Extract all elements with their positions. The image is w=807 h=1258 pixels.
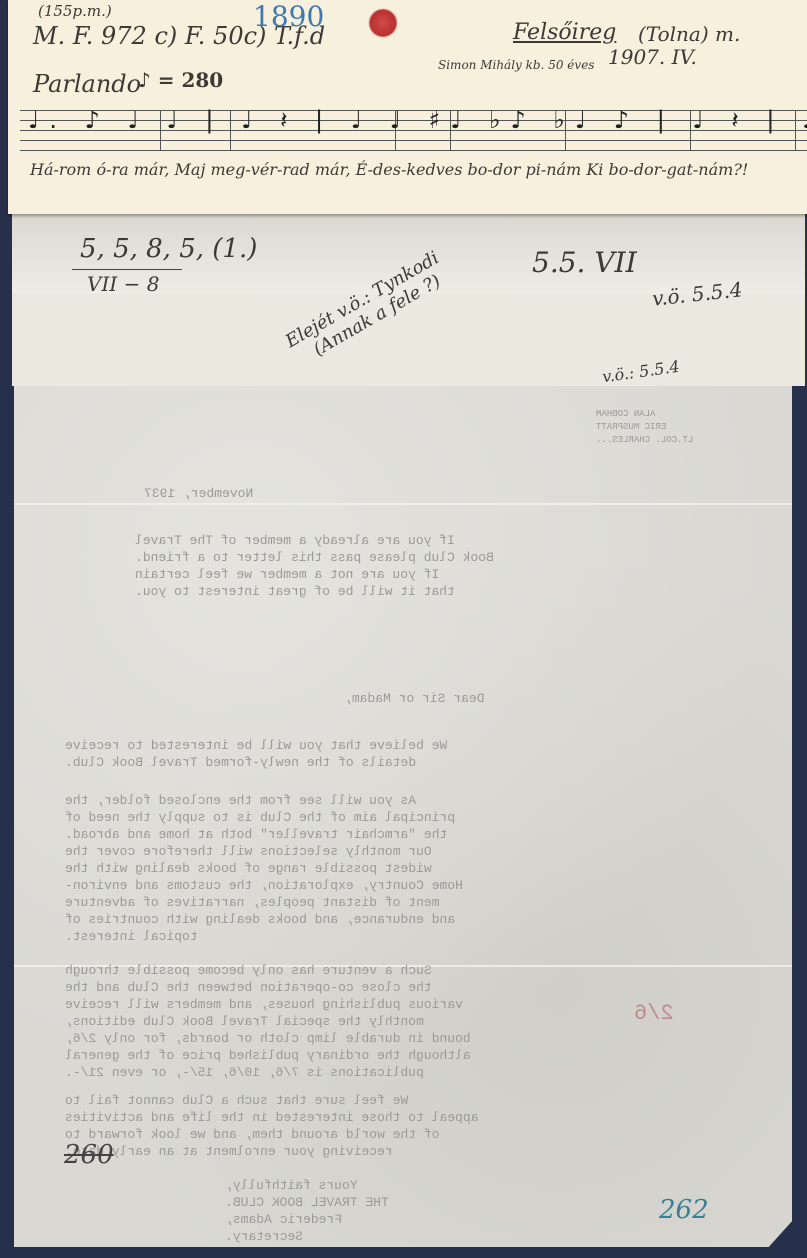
catalog-slip: 5, 5, 8, 5, (1.) VII − 8 5.5. VII v.ö. 5… — [12, 214, 805, 386]
compare-note-2: v.ö.: 5.5.4 — [601, 357, 681, 387]
formula-divider — [72, 269, 182, 270]
collection-date: 1907. IV. — [608, 45, 697, 69]
melody-formula-denominator: VII − 8 — [87, 272, 159, 296]
collection-county: (Tolna) m. — [638, 22, 740, 46]
fold-line — [14, 503, 792, 505]
letter-paragraph-2: As you will see from the enclosed folder… — [34, 775, 463, 962]
red-mark — [368, 8, 398, 38]
lyrics: Há-rom ó-ra már, Maj meg-vér-rad már, É-… — [30, 160, 748, 179]
tempo-label: Parlando — [33, 70, 141, 98]
tempo-value: ♪ = 280 — [138, 68, 223, 92]
letter-intro: If you are already a member of The Trave… — [104, 515, 494, 617]
letter-signature-block: Yours faithfully, THE TRAVEL BOOK CLUB. … — [194, 1160, 389, 1258]
letter-salutation: Dear Sir or Madam, — [344, 690, 484, 707]
letter-stamp-price: 2/6 — [634, 1005, 674, 1022]
melody-formula: 5, 5, 8, 5, (1.) — [80, 234, 257, 264]
remark: Elejét v.ö.: Tynkodi (Annak a fele ?) — [282, 247, 453, 370]
compare-note-1: v.ö. 5.5.4 — [651, 277, 744, 310]
music-slip: (155p.m.) M. F. 972 c) F. 50c) T.f.d 189… — [8, 0, 807, 214]
letter-date: November, 1937 — [144, 485, 253, 502]
letter-sheet: November, 1937 If you are already a memb… — [14, 385, 792, 1247]
year-number: 1890 — [253, 0, 324, 33]
letter-sidebar-names: ALAN COBHAM ERIC MUSPRATT LT.COL. CHARLE… — [574, 395, 693, 460]
music-notation: ♩. ♪ ♩ ♩ | ♩ 𝄽 | ♩ ♩ ♯♩ ♭♪ ♭♩ ♪ | ♩ 𝄽 | … — [28, 106, 807, 134]
class-code: 5.5. VII — [532, 246, 637, 279]
collection-place: Felsőireg — [513, 20, 616, 45]
page-number: 262 — [659, 1195, 709, 1225]
page-number-crossed: 260 — [64, 1140, 114, 1170]
pages-note: (155p.m.) — [38, 2, 112, 20]
singer-info: Simon Mihály kb. 50 éves — [438, 58, 594, 72]
